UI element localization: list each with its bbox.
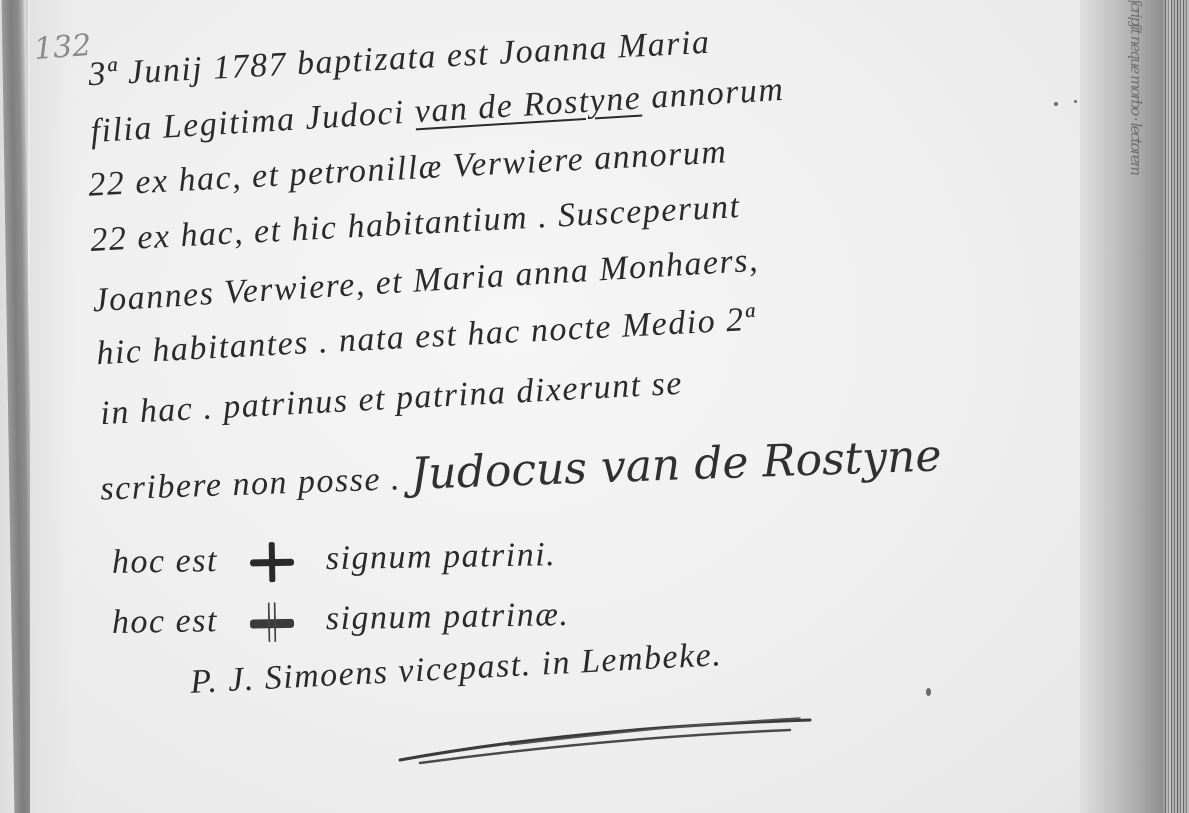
mark-prefix: hoc est [112,602,218,641]
godfather-mark-line: hoc est signum patrini. [112,536,557,585]
folio-number: 132 [33,28,93,67]
signature-flourish [390,715,820,765]
mark-suffix: signum patrini. [326,536,557,577]
mark-prefix: hoc est [112,542,218,581]
cross-mark-icon [246,602,299,643]
scanned-manuscript-page: ʃcripʃit neque morbo · lectorem 132 3ª J… [0,0,1189,813]
paper-speck [926,688,931,696]
cross-mark-icon [246,542,299,583]
paper-speck [1054,102,1058,106]
bleed-through-text: ʃcripʃit neque morbo · lectorem [1115,0,1145,813]
godmother-mark-line: hoc est signum patrinæ. [112,596,570,645]
mark-suffix: signum patrinæ. [326,596,570,637]
paper-speck [1074,100,1077,103]
stacked-page-edges [1165,0,1189,813]
line-8-pre: scribere non posse . [100,460,412,508]
line-2-post: annorum [640,71,785,117]
page-gutter [30,0,75,813]
